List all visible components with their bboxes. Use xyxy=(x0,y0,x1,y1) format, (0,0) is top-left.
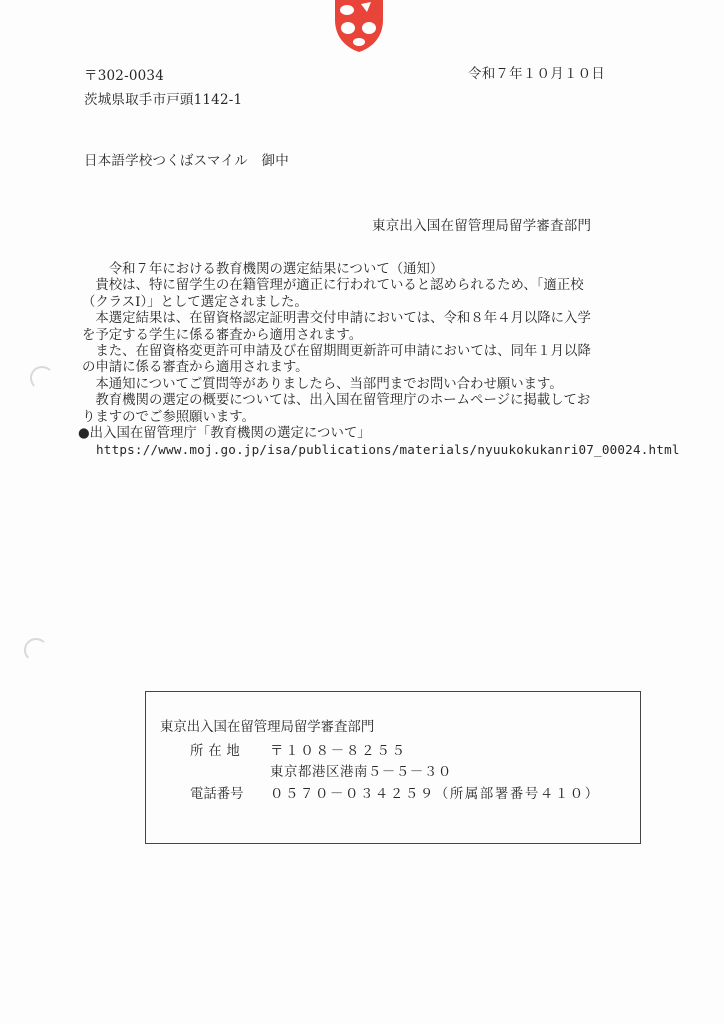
recipient: 日本語学校つくばスマイル 御中 xyxy=(84,149,289,169)
paragraph-line: 貴校は、特に留学生の在籍管理が適正に行われていると認められるため、「適正校 xyxy=(82,278,652,294)
letter-date: 令和７年１０月１０日 xyxy=(468,62,605,82)
sender-address: 茨城県取手市戸頭1142-1 xyxy=(84,88,242,108)
reference-link-label: ●出入国在留管理庁「教育機関の選定について」 xyxy=(78,426,652,442)
paragraph-line: 本通知についてご質問等がありましたら、当部門までお問い合わせ願います。 xyxy=(82,377,652,393)
paragraph-line: 教育機関の選定の概要については、出入国在留管理庁のホームページに掲載してお xyxy=(82,393,652,409)
letter-body: 令和７年における教育機関の選定結果について（通知） 貴校は、特に留学生の在籍管理… xyxy=(82,262,652,459)
contact-phone-label: 電話番号 xyxy=(190,783,244,802)
punch-hole-mark xyxy=(24,638,48,662)
red-shield-stamp-icon xyxy=(331,0,387,52)
contact-address: 東京都港区港南５－５－３０ xyxy=(270,761,452,780)
notice-title: 令和７年における教育機関の選定結果について（通知） xyxy=(82,262,652,278)
issuer: 東京出入国在留管理局留学審査部門 xyxy=(372,214,591,234)
contact-box: 東京出入国在留管理局留学審査部門 所在地 〒１０８－８２５５ 東京都港区港南５－… xyxy=(145,691,641,844)
paragraph-line: りますのでご参照願います。 xyxy=(82,410,652,426)
contact-location-label: 所在地 xyxy=(190,740,245,759)
paragraph-line: の申請に係る審査から適用されます。 xyxy=(82,360,652,376)
punch-hole-mark xyxy=(30,366,54,390)
paragraph-line: 本選定結果は、在留資格認定証明書交付申請においては、令和８年４月以降に入学 xyxy=(82,311,652,327)
paragraph-line: また、在留資格変更許可申請及び在留期間更新許可申請においては、同年１月以降 xyxy=(82,344,652,360)
contact-phone: ０５７０－０３４２５９（所属部署番号４１０） xyxy=(270,783,600,802)
contact-postal-code: 〒１０８－８２５５ xyxy=(270,740,407,759)
paragraph-line: （クラスⅠ）」として選定されました。 xyxy=(82,295,652,311)
reference-link-url[interactable]: https://www.moj.go.jp/isa/publications/m… xyxy=(96,442,652,458)
sender-postal-code: 〒302-0034 xyxy=(84,64,164,84)
paragraph-line: を予定する学生に係る審査から適用されます。 xyxy=(82,328,652,344)
contact-department: 東京出入国在留管理局留学審査部門 xyxy=(160,716,374,735)
